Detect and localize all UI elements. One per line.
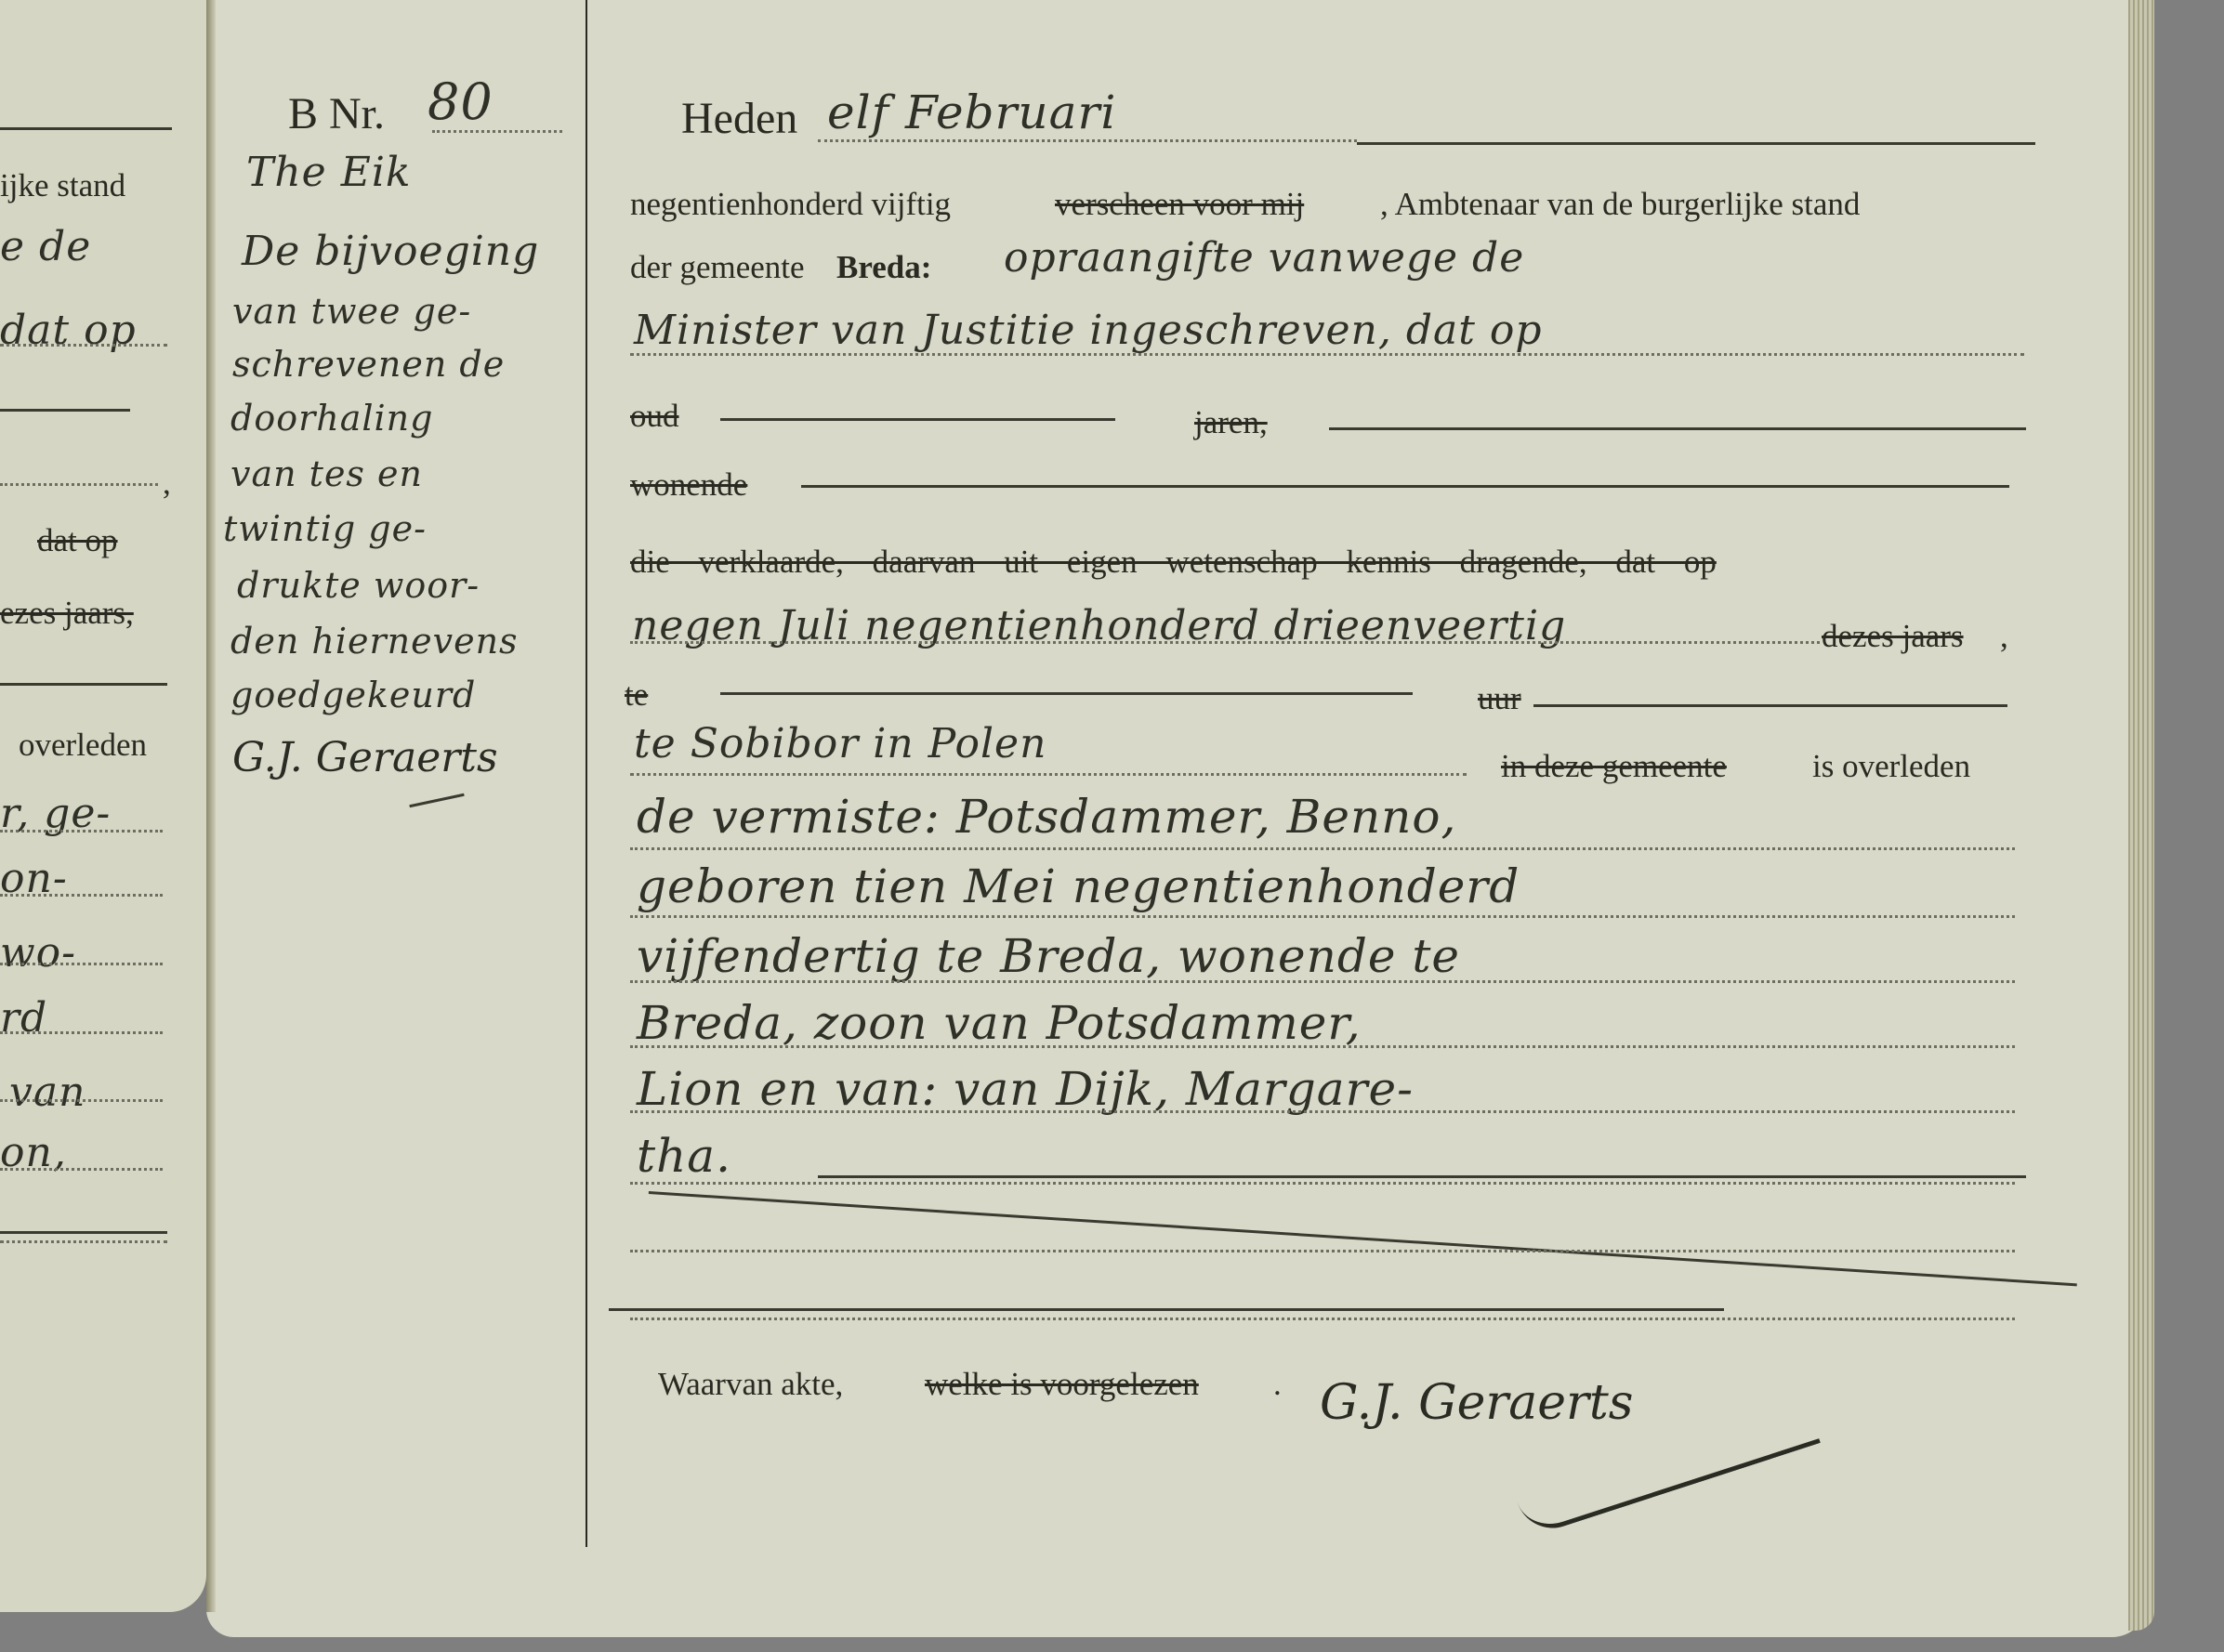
left-fragment: wo-: [0, 929, 76, 977]
struck-text: die verklaarde, daarvan uit eigen wetens…: [630, 544, 1717, 581]
struck-text: jaren,: [1194, 404, 1268, 441]
mother-handwritten: Lion en van: van Dijk, Margare-: [637, 1062, 1414, 1116]
struck-text: in deze gemeente: [1501, 748, 1727, 785]
struck-text: wonende: [630, 466, 747, 504]
annotation-line: De bijvoeging: [242, 228, 539, 275]
register-label: B Nr.: [288, 88, 385, 139]
registrar-signature: G.J. Geraerts: [1320, 1375, 1633, 1431]
annotation-line: den hiernevens: [230, 621, 519, 662]
left-fragment: rd: [0, 994, 47, 1042]
left-fragment: van: [9, 1069, 86, 1116]
page-edge-stack: [2128, 0, 2154, 1631]
book-gutter: [206, 0, 216, 1612]
left-fragment: ezes jaars,: [0, 595, 134, 632]
annotation-line: The Eik: [246, 149, 412, 196]
struck-text: uur: [1478, 680, 1521, 717]
struck-text: verscheen voor mij: [1055, 186, 1304, 223]
municipality-label: der gemeente: [630, 249, 805, 286]
register-number: 80: [428, 72, 493, 131]
annotation-line: van tes en: [230, 453, 423, 494]
heden-label: Heden: [681, 93, 797, 144]
birth-handwritten: geboren tien Mei negentienhonderd: [637, 859, 1520, 913]
official-label: , Ambtenaar van de burgerlijke stand: [1380, 186, 1860, 223]
annotation-line: twintig ge-: [223, 508, 427, 549]
struck-text: te: [625, 676, 648, 714]
deceased-name-handwritten: de vermiste: Potsdammer, Benno,: [637, 790, 1456, 844]
left-fragment: e de: [0, 223, 91, 270]
struck-text: dezes jaars: [1822, 618, 1964, 655]
annotation-line: goedgekeurd: [230, 675, 476, 715]
struck-text: oud: [630, 398, 679, 435]
left-fragment: overleden: [19, 727, 147, 764]
closing-label: Waarvan akte,: [658, 1366, 843, 1403]
annotation-line: drukte woor-: [237, 565, 480, 606]
residence-handwritten: vijfendertig te Breda, wonende te: [637, 929, 1460, 983]
place-of-death-handwritten: te Sobibor in Polen: [634, 720, 1046, 767]
rule: [0, 127, 172, 130]
annotation-line: schrevenen de: [232, 344, 505, 385]
annotation-line: van twee ge-: [232, 291, 471, 332]
father-handwritten: Breda, zoon van Potsdammer,: [637, 996, 1362, 1050]
left-fragment: dat op: [0, 307, 137, 354]
annotation-line: doorhaling: [230, 398, 433, 439]
overleden-label: is overleden: [1812, 748, 1970, 785]
year-printed: negentienhonderd vijftig: [630, 186, 951, 223]
left-fragment: ,: [163, 465, 171, 502]
mother-handwritten-end: tha.: [637, 1129, 731, 1183]
struck-text: welke is voorgelezen: [925, 1366, 1199, 1403]
left-fragment: dat op: [37, 522, 118, 559]
declaration-handwritten: Minister van Justitie ingeschreven, dat …: [634, 307, 1543, 354]
declaration-handwritten: opraangifte vanwege de: [1004, 234, 1524, 282]
margin-column-rule: [586, 0, 587, 1547]
date-handwritten: elf Februari: [827, 85, 1116, 139]
left-fragment: ijke stand: [0, 167, 125, 204]
municipality-name: Breda:: [836, 249, 931, 286]
annotation-signature: G.J. Geraerts: [232, 734, 498, 781]
